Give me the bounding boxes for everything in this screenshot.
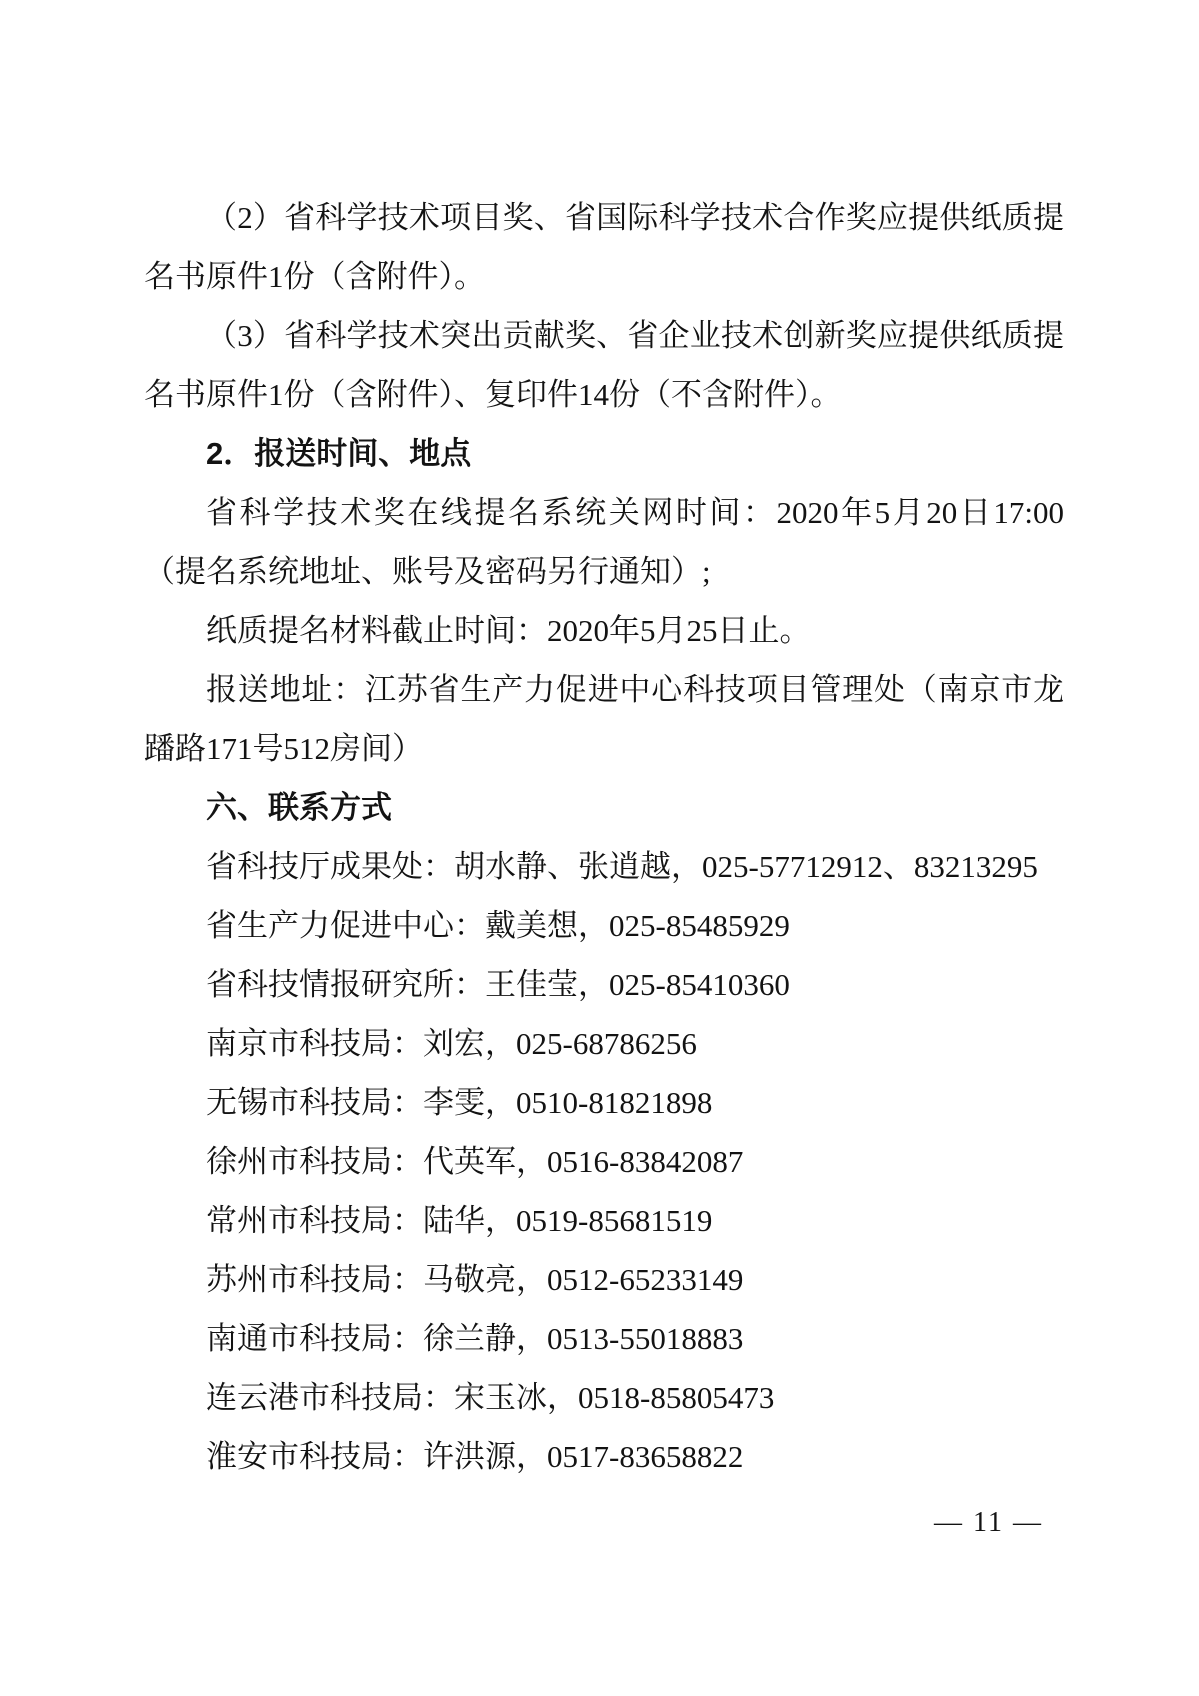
paragraph-online-system-deadline: 省科学技术奖在线提名系统关网时间：2020年5月20日17:00（提名系统地址、…: [144, 483, 1064, 601]
document-body: （2）省科学技术项目奖、省国际科学技术合作奖应提供纸质提名书原件1份（含附件）。…: [144, 188, 1064, 1486]
section-heading-contact-info: 六、联系方式: [144, 778, 1064, 837]
paragraph-paper-material-deadline: 纸质提名材料截止时间：2020年5月25日止。: [144, 601, 1064, 660]
page-number: — 11 —: [934, 1503, 1043, 1543]
paragraph-item-2: （2）省科学技术项目奖、省国际科学技术合作奖应提供纸质提名书原件1份（含附件）。: [144, 188, 1064, 306]
contact-line-provincial-achievement-office: 省科技厅成果处：胡水静、张逍越，025-57712912、83213295: [144, 837, 1064, 896]
contact-line-xuzhou: 徐州市科技局：代英军，0516-83842087: [144, 1132, 1064, 1191]
contact-line-changzhou: 常州市科技局：陆华，0519-85681519: [144, 1191, 1064, 1250]
contact-line-sci-tech-info-institute: 省科技情报研究所：王佳莹，025-85410360: [144, 955, 1064, 1014]
paragraph-submission-address: 报送地址：江苏省生产力促进中心科技项目管理处（南京市龙蹯路171号512房间）: [144, 660, 1064, 778]
paragraph-item-3: （3）省科学技术突出贡献奖、省企业技术创新奖应提供纸质提名书原件1份（含附件）、…: [144, 306, 1064, 424]
document-page: （2）省科学技术项目奖、省国际科学技术合作奖应提供纸质提名书原件1份（含附件）。…: [0, 0, 1199, 1696]
contact-line-nantong: 南通市科技局：徐兰静，0513-55018883: [144, 1309, 1064, 1368]
contact-line-huaian: 淮安市科技局：许洪源，0517-83658822: [144, 1427, 1064, 1486]
contact-line-wuxi: 无锡市科技局：李雯，0510-81821898: [144, 1073, 1064, 1132]
contact-line-nanjing: 南京市科技局：刘宏，025-68786256: [144, 1014, 1064, 1073]
section-heading-submission-time-place: 2．报送时间、地点: [144, 424, 1064, 483]
contact-line-suzhou: 苏州市科技局：马敬亮，0512-65233149: [144, 1250, 1064, 1309]
contact-line-lianyungang: 连云港市科技局：宋玉冰，0518-85805473: [144, 1368, 1064, 1427]
contact-line-productivity-center: 省生产力促进中心：戴美想，025-85485929: [144, 896, 1064, 955]
